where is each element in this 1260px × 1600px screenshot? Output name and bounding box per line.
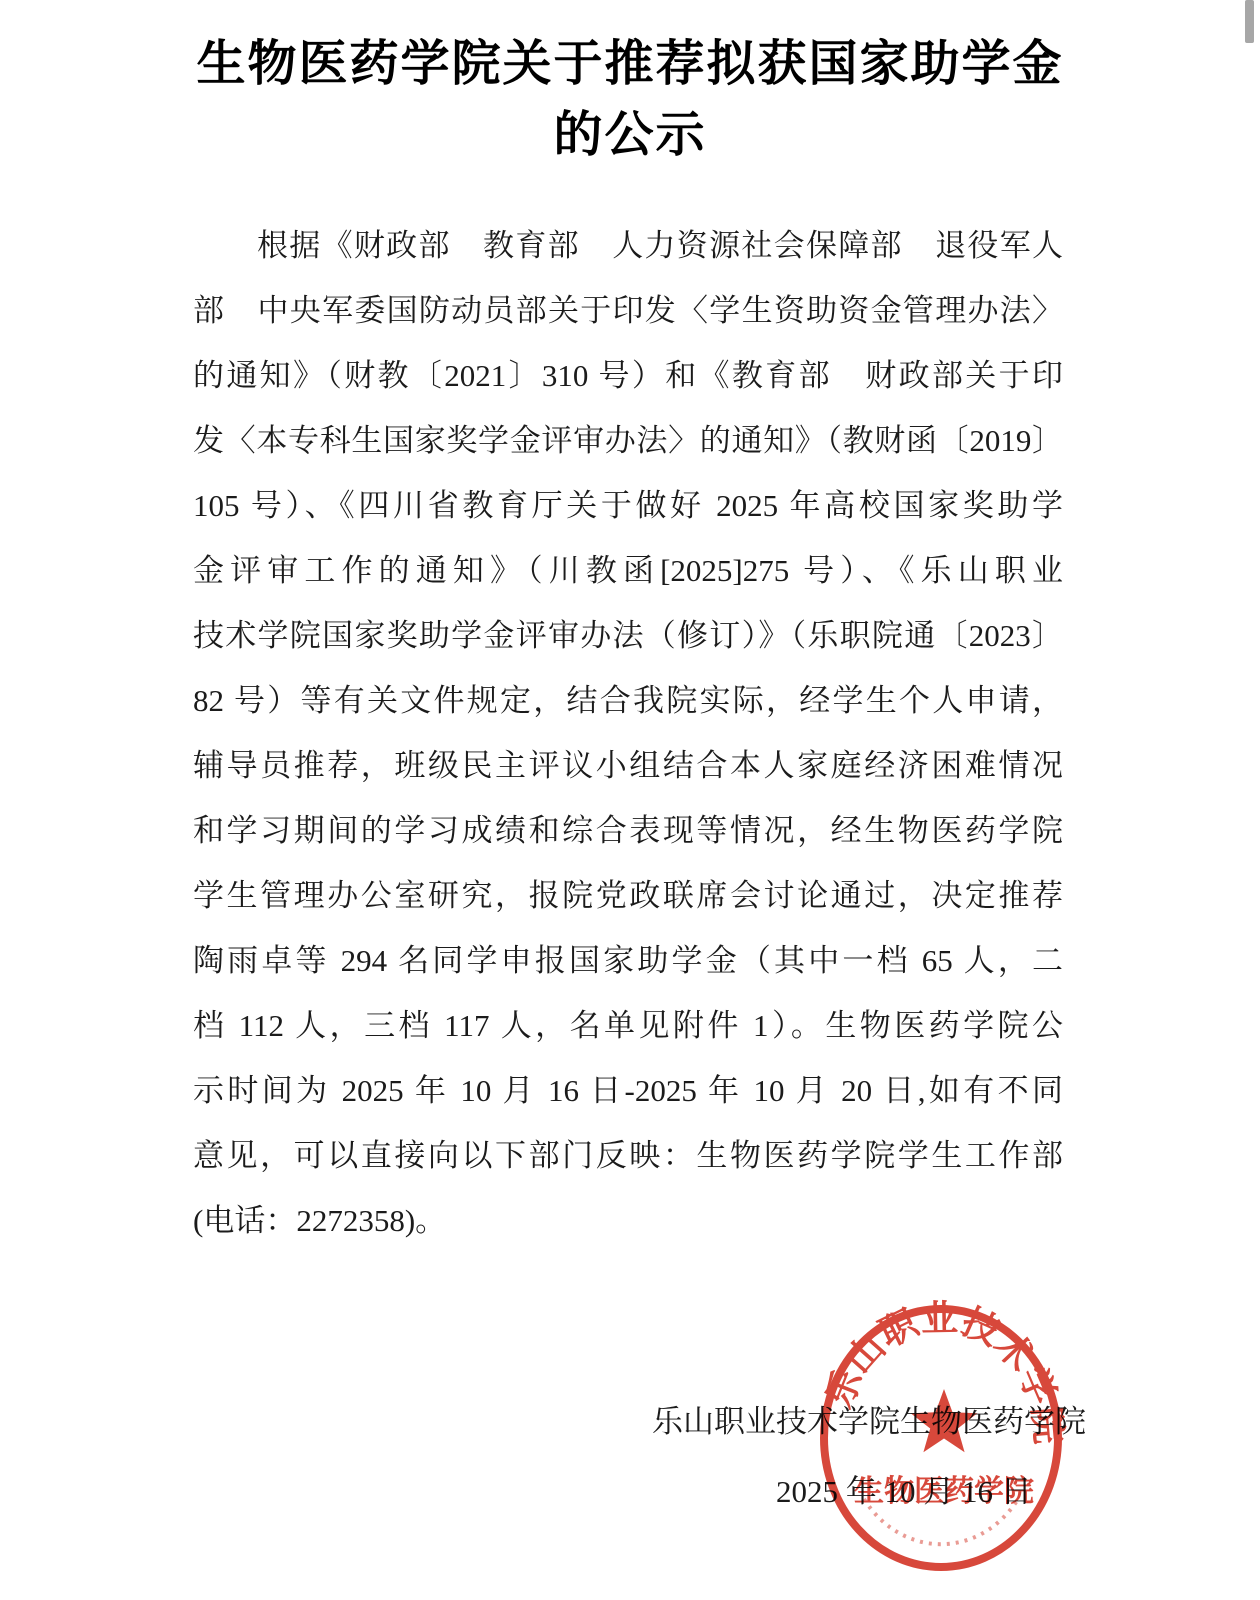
body-line: 105 号）、《四川省教育厅关于做好 2025 年高校国家奖助学 bbox=[193, 473, 1063, 538]
official-seal: 乐山职业技术学院 生物医药学院 bbox=[795, 1283, 1090, 1583]
body-line: (电话：2272358)。 bbox=[193, 1188, 1063, 1253]
document-page: 生物医药学院关于推荐拟获国家助学金 的公示 根据《财政部 教育部 人力资源社会保… bbox=[0, 0, 1260, 1600]
body-line: 档 112 人，三档 117 人，名单见附件 1）。生物医药学院公 bbox=[193, 993, 1063, 1058]
seal-star-icon bbox=[911, 1389, 978, 1452]
document-title-line1: 生物医药学院关于推荐拟获国家助学金 bbox=[0, 28, 1260, 99]
seal-inner-text: 生物医药学院 bbox=[854, 1475, 1034, 1508]
body-line: 82 号）等有关文件规定，结合我院实际，经学生个人申请， bbox=[193, 668, 1063, 733]
body-line: 辅导员推荐，班级民主评议小组结合本人家庭经济困难情况 bbox=[193, 733, 1063, 798]
document-title: 生物医药学院关于推荐拟获国家助学金 的公示 bbox=[0, 28, 1260, 170]
body-line: 陶雨卓等 294 名同学申报国家助学金（其中一档 65 人，二 bbox=[193, 928, 1063, 993]
scrollbar-thumb[interactable] bbox=[1245, 0, 1254, 43]
body-line: 和学习期间的学习成绩和综合表现等情况，经生物医药学院 bbox=[193, 798, 1063, 863]
body-line: 的通知》（财教〔2021〕310 号）和《教育部 财政部关于印 bbox=[193, 343, 1063, 408]
body-line: 意见，可以直接向以下部门反映：生物医药学院学生工作部 bbox=[193, 1123, 1063, 1188]
document-body: 根据《财政部 教育部 人力资源社会保障部 退役军人 部 中央军委国防动员部关于印… bbox=[193, 213, 1063, 1253]
body-line: 发〈本专科生国家奖学金评审办法〉的通知》（教财函〔2019〕 bbox=[193, 408, 1063, 473]
body-line: 示时间为 2025 年 10 月 16 日-2025 年 10 月 20 日,如… bbox=[193, 1058, 1063, 1123]
body-line: 根据《财政部 教育部 人力资源社会保障部 退役军人 bbox=[193, 213, 1063, 278]
body-line: 部 中央军委国防动员部关于印发〈学生资助资金管理办法〉 bbox=[193, 278, 1063, 343]
body-line: 技术学院国家奖助学金评审办法（修订）》（乐职院通〔2023〕 bbox=[193, 603, 1063, 668]
document-title-line2: 的公示 bbox=[0, 99, 1260, 170]
body-line: 学生管理办公室研究，报院党政联席会讨论通过，决定推荐 bbox=[193, 863, 1063, 928]
body-line: 金评审工作的通知》（川教函[2025]275 号）、《乐山职业 bbox=[193, 538, 1063, 603]
